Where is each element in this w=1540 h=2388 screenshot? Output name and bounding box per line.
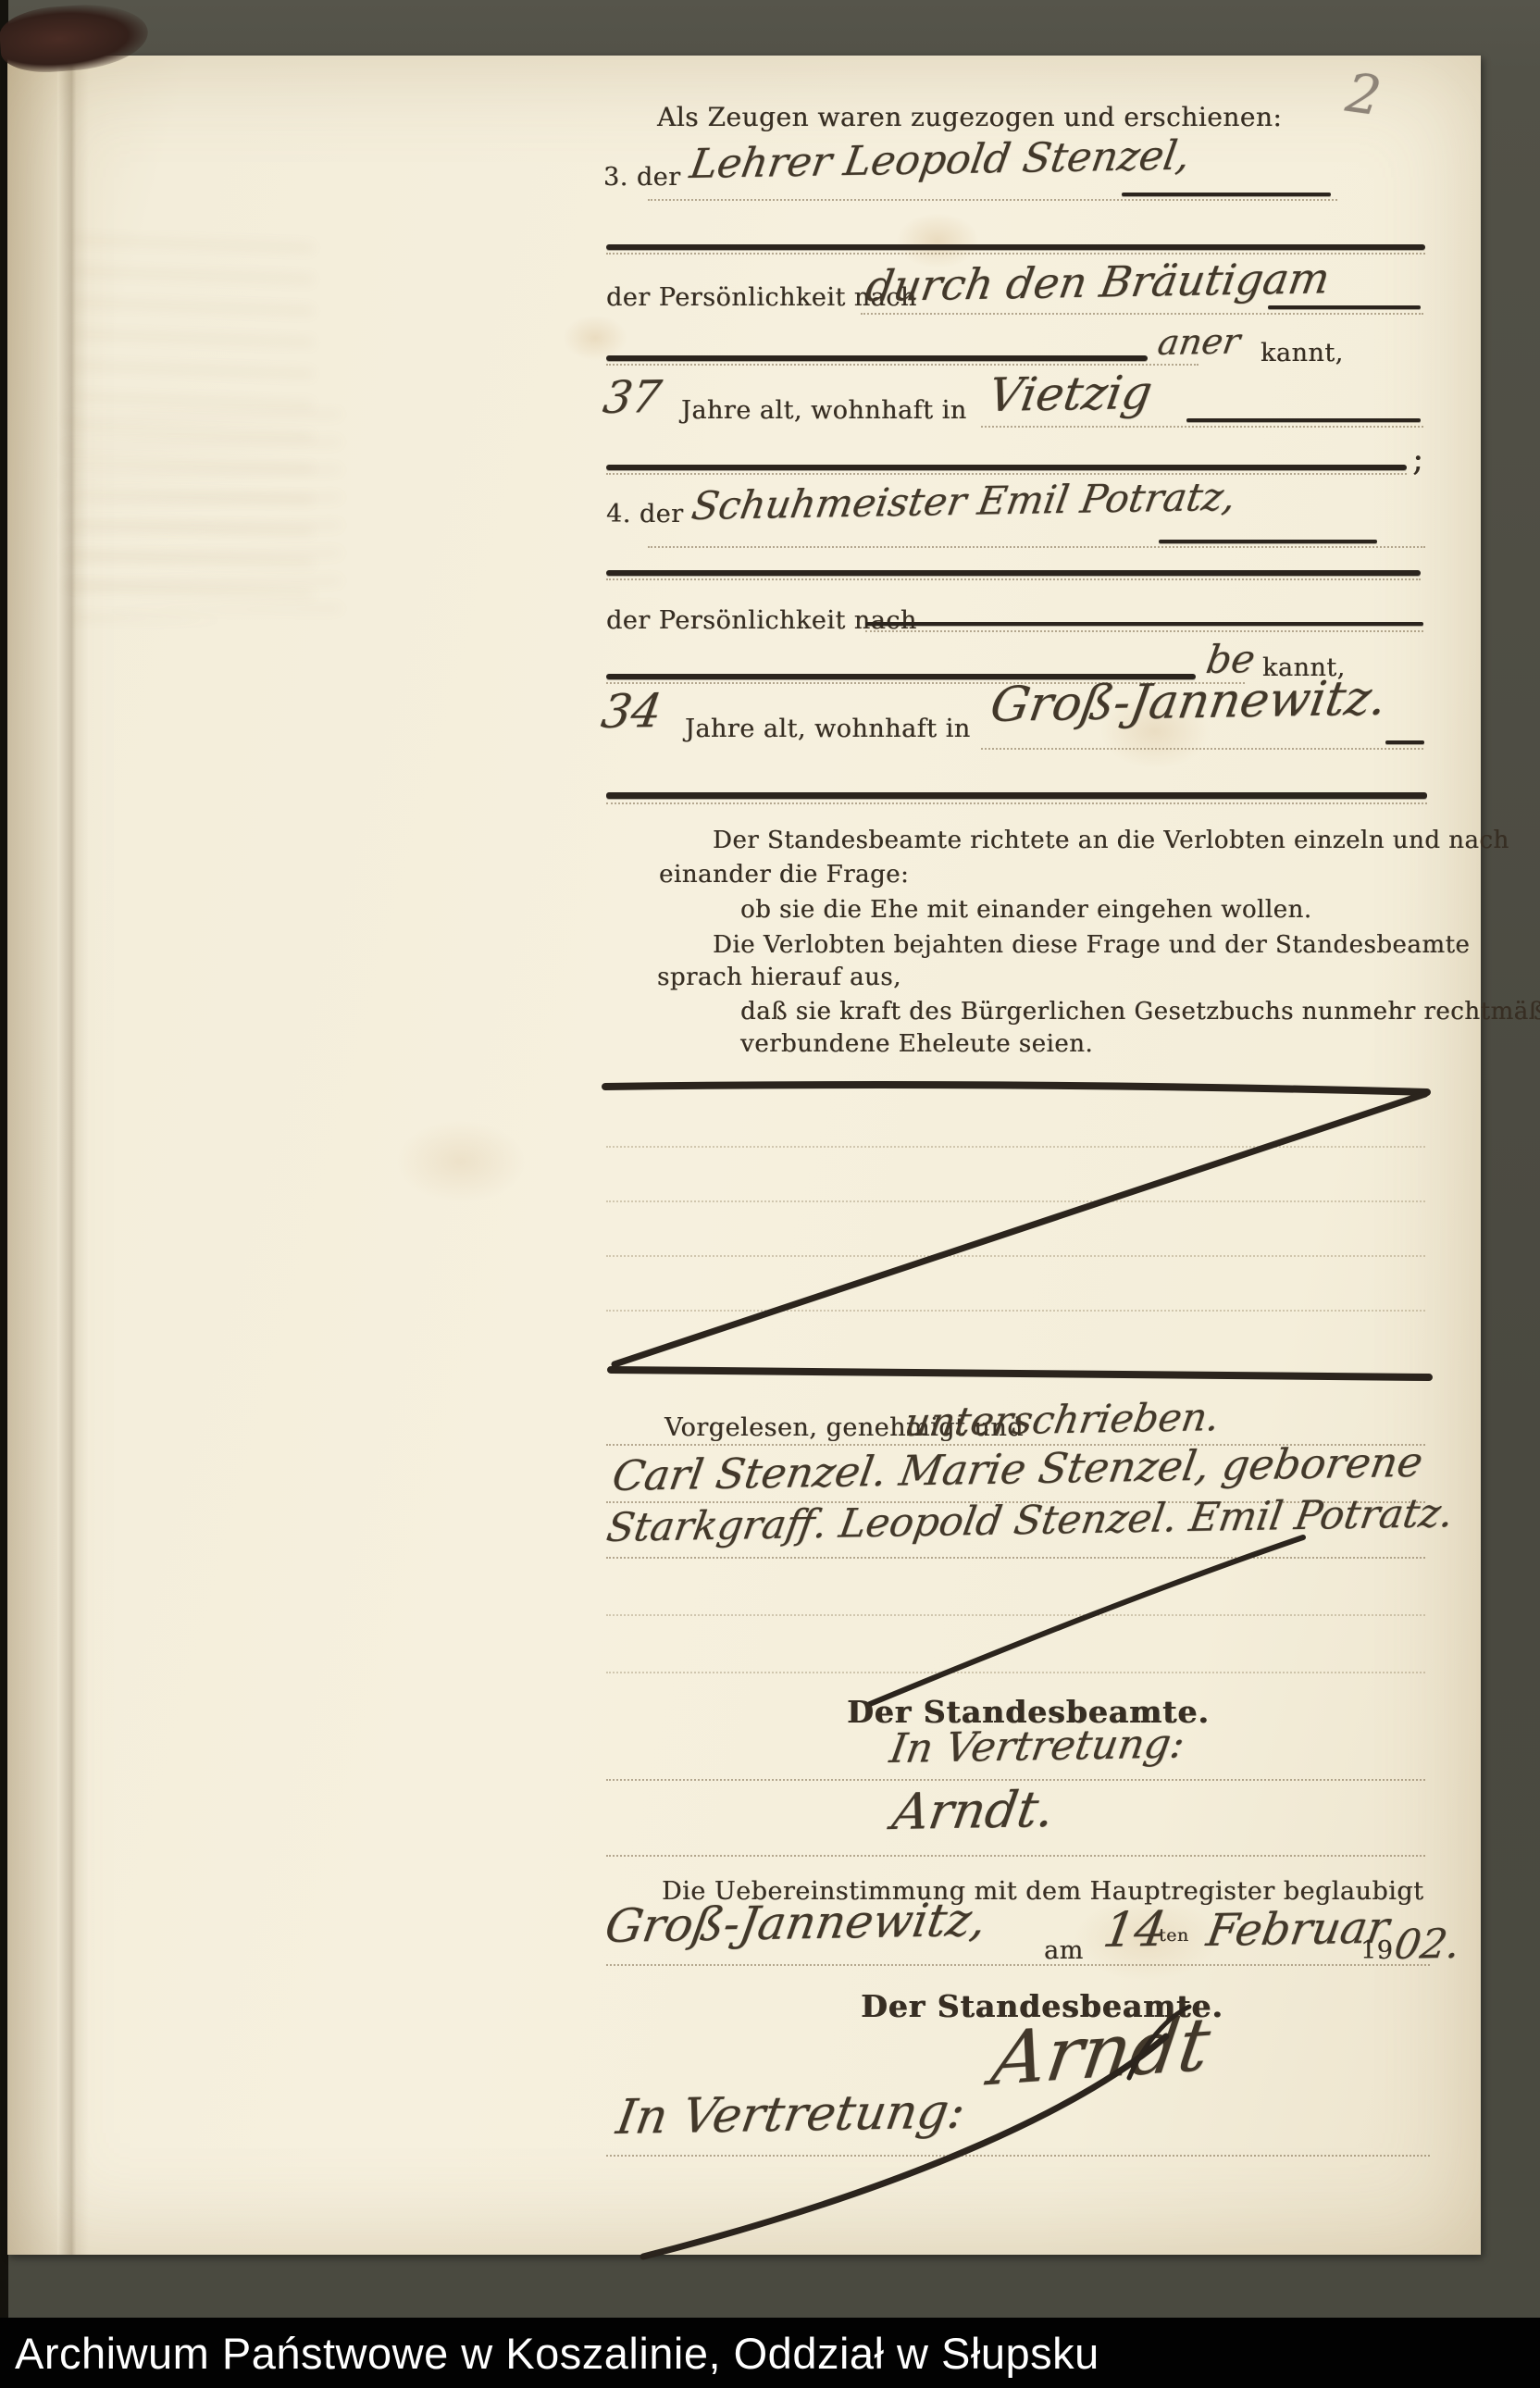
ink-rule <box>606 465 1407 470</box>
read-approved-handwritten: unterschrieben. <box>901 1394 1223 1445</box>
witness3-separator: ; <box>1412 441 1424 479</box>
declaration-line: einander die Frage: <box>659 861 909 889</box>
page-curl-shading <box>7 56 57 2255</box>
witness4-age-handwritten: 34 <box>598 684 665 739</box>
witness4-residence-handwritten: Groß-Jannewitz. <box>987 671 1390 733</box>
signature-flourish-stroke <box>611 1990 1333 2268</box>
archive-name: Archiwum Państwowe w Koszalinie, Oddział… <box>15 2328 1099 2379</box>
paper-stain <box>396 1120 526 1203</box>
declaration-line: ob sie die Ehe mit einander eingehen wol… <box>740 896 1312 924</box>
form-dotted-line <box>606 473 1407 475</box>
scanned-register-image: 2 Als Zeugen waren zugezogen und erschie… <box>0 0 1540 2388</box>
certification-year-handwritten: 02. <box>1391 1921 1463 1969</box>
deputy-handwritten: In Vertretung: <box>887 1720 1188 1772</box>
form-dotted-line <box>861 313 1423 315</box>
witnesses-heading: Als Zeugen waren zugezogen und erschiene… <box>657 102 1282 132</box>
form-dotted-line <box>648 199 1337 201</box>
witness4-age-label: Jahre alt, wohnhaft in <box>685 715 971 743</box>
verso-bleed-through <box>63 407 341 611</box>
diagonal-cancellation-stroke <box>851 1523 1314 1712</box>
witness3-age-label: Jahre alt, wohnhaft in <box>681 396 967 425</box>
form-dotted-line <box>606 1964 1430 1966</box>
witness3-age-handwritten: 37 <box>600 371 664 424</box>
declaration-line: Die Verlobten bejahten diese Frage und d… <box>713 931 1470 959</box>
witness3-recognized-handwritten: aner <box>1155 320 1243 363</box>
form-dotted-line <box>606 802 1427 804</box>
form-dotted-line <box>606 578 1421 580</box>
ink-rule <box>865 622 1423 626</box>
declaration-line: sprach hierauf aus, <box>657 964 901 991</box>
form-dotted-line <box>981 426 1423 428</box>
verso-bleed-through <box>72 231 313 620</box>
ink-rule <box>1385 740 1424 744</box>
ink-rule <box>1268 305 1421 309</box>
form-dotted-line <box>981 748 1423 750</box>
declaration-line: Der Standesbeamte richtete an die Verlob… <box>713 827 1509 854</box>
witness3-name-handwritten: Lehrer Leopold Stenzel, <box>687 132 1193 188</box>
witness4-name-handwritten: Schuhmeister Emil Potratz, <box>689 474 1239 529</box>
paper-stain <box>563 315 627 361</box>
certification-year-century-label: 19 <box>1360 1936 1393 1965</box>
ink-rule <box>606 355 1148 361</box>
witness3-number-label: 3. der <box>603 163 681 192</box>
certification-am-label: am <box>1044 1936 1084 1965</box>
witness4-number-label: 4. der <box>606 500 684 529</box>
witness3-recognized-label: kannt, <box>1261 339 1344 367</box>
form-dotted-line <box>648 546 1425 548</box>
witness3-identity-handwritten: durch den Bräutigam <box>863 253 1334 311</box>
declaration-line: daß sie kraft des Bürgerlichen Gesetzbuc… <box>740 998 1540 1026</box>
ink-rule <box>606 792 1427 799</box>
z-cancellation-stroke <box>592 1064 1444 1398</box>
form-dotted-line <box>606 1855 1425 1857</box>
ink-rule <box>1159 540 1377 543</box>
archive-footer-bar: Archiwum Państwowe w Koszalinie, Oddział… <box>0 2318 1540 2388</box>
certification-ordinal-label: ten <box>1159 1925 1189 1946</box>
ink-rule <box>606 244 1425 250</box>
ink-rule <box>1122 193 1331 196</box>
form-dotted-line <box>606 364 1198 366</box>
declaration-line: verbundene Eheleute seien. <box>740 1030 1093 1058</box>
ink-rule <box>1186 418 1421 422</box>
registrar-signature-handwritten: Arndt. <box>888 1780 1059 1841</box>
witness3-residence-handwritten: Vietzig <box>985 366 1156 422</box>
binding-gutter-shadow <box>57 56 89 2255</box>
ink-rule <box>606 570 1421 576</box>
certification-place-handwritten: Groß-Jannewitz, <box>602 1893 990 1953</box>
form-dotted-line <box>865 630 1423 632</box>
